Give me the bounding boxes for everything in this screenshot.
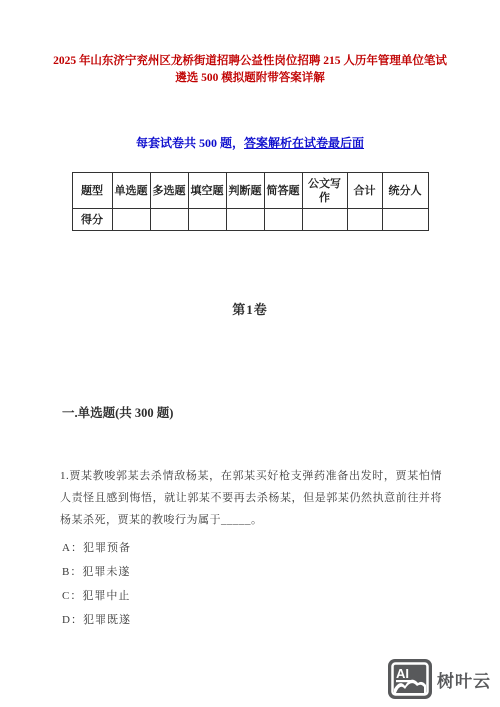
score-cell-single	[112, 209, 150, 231]
question-1-text: 1.贾某教唆郭某去杀情敌杨某，在郭某买好枪支弹药准备出发时，贾某怕情人责怪且感到…	[60, 465, 442, 531]
notice-answer-link[interactable]: 答案解析在试卷最后面	[244, 136, 364, 150]
score-table-header-row: 题型 单选题 多选题 填空题 判断题 简答题 公文写作 合计 统分人	[72, 173, 428, 209]
ai-image-icon: AI	[388, 659, 432, 699]
brand-name: 树叶云	[437, 667, 491, 692]
svg-text:AI: AI	[396, 666, 409, 681]
score-table-score-row: 得分	[72, 209, 428, 231]
question-1-options: A：犯罪预备 B：犯罪未遂 C：犯罪中止 D：犯罪既遂	[62, 541, 500, 628]
header-true-false: 判断题	[226, 173, 264, 209]
score-cell-writing	[302, 209, 347, 231]
score-table: 题型 单选题 多选题 填空题 判断题 简答题 公文写作 合计 统分人 得分	[72, 172, 429, 231]
option-b: B：犯罪未遂	[62, 565, 500, 580]
header-short-answer: 简答题	[264, 173, 302, 209]
score-cell-multi	[150, 209, 188, 231]
exam-notice: 每套试卷共 500 题，答案解析在试卷最后面	[0, 134, 500, 151]
score-cell-total	[347, 209, 382, 231]
document-title: 2025 年山东济宁兖州区龙桥街道招聘公益性岗位招聘 215 人历年管理单位笔试…	[51, 53, 449, 87]
score-cell-judge	[226, 209, 264, 231]
header-multi-choice: 多选题	[150, 173, 188, 209]
option-c: C：犯罪中止	[62, 589, 500, 604]
score-cell-fill	[188, 209, 226, 231]
notice-prefix: 每套试卷共 500 题，	[136, 136, 244, 150]
header-official-writing: 公文写作	[302, 173, 347, 209]
header-score-counter: 统分人	[382, 173, 428, 209]
header-fill-blank: 填空题	[188, 173, 226, 209]
section-title: 一.单选题(共 300 题)	[62, 403, 500, 421]
watermark: AI 树叶云	[388, 659, 491, 699]
score-row-label: 得分	[72, 209, 112, 231]
option-a: A：犯罪预备	[62, 541, 500, 556]
header-total: 合计	[347, 173, 382, 209]
option-d: D：犯罪既遂	[62, 613, 500, 628]
header-single-choice: 单选题	[112, 173, 150, 209]
score-cell-short	[264, 209, 302, 231]
header-question-type: 题型	[72, 173, 112, 209]
score-cell-counter	[382, 209, 428, 231]
volume-title: 第1卷	[0, 299, 500, 318]
